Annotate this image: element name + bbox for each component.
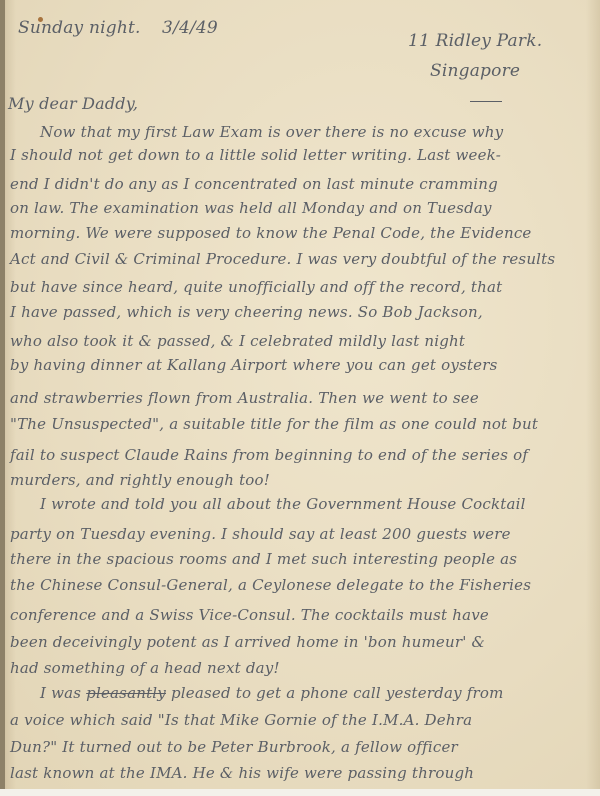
paper-left-edge — [0, 0, 5, 790]
letter-line: I wrote and told you all about the Gover… — [40, 497, 526, 512]
letter-day: Sunday night. — [18, 20, 141, 37]
letter-line: had something of a head next day! — [10, 661, 280, 676]
letter-line: Now that my first Law Exam is over there… — [40, 125, 503, 140]
letter-date: 3/4/49 — [162, 20, 218, 37]
letter-line: a voice which said "Is that Mike Gornie … — [10, 713, 472, 728]
letter-line: end I didn't do any as I concentrated on… — [10, 177, 498, 192]
letter-line: by having dinner at Kallang Airport wher… — [10, 358, 498, 373]
salutation: My dear Daddy, — [8, 96, 138, 112]
line-rest: pleased to get a phone call yesterday fr… — [166, 684, 504, 702]
address-underline — [470, 101, 502, 102]
struck-word: pleasantly — [86, 684, 166, 702]
letter-line: the Chinese Consul-General, a Ceylonese … — [10, 578, 531, 593]
letter-line: I have passed, which is very cheering ne… — [10, 305, 483, 320]
letter-line: on law. The examination was held all Mon… — [10, 201, 492, 216]
address-line-1: 11 Ridley Park. — [408, 33, 542, 50]
letter-line: been deceivingly potent as I arrived hom… — [10, 635, 485, 650]
letter-line: morning. We were supposed to know the Pe… — [10, 226, 532, 241]
letter-line: I was pleasantly pleased to get a phone … — [40, 686, 504, 701]
letter-line: conference and a Swiss Vice-Consul. The … — [10, 608, 489, 623]
line-prefix: I was — [40, 684, 86, 702]
address-line-2: Singapore — [430, 63, 520, 80]
letter-line: Dun?" It turned out to be Peter Burbrook… — [10, 740, 458, 755]
letter-line: murders, and rightly enough too! — [10, 473, 270, 488]
letter-line: fail to suspect Claude Rains from beginn… — [10, 448, 528, 463]
letter-line: there in the spacious rooms and I met su… — [10, 552, 517, 567]
letter-line: last known at the IMA. He & his wife wer… — [10, 766, 474, 781]
letter-line: who also took it & passed, & I celebrate… — [10, 334, 465, 349]
letter-line: "The Unsuspected", a suitable title for … — [10, 417, 538, 432]
letter-line: but have since heard, quite unofficially… — [10, 280, 502, 295]
letter-line: I should not get down to a little solid … — [10, 148, 501, 163]
letter-line: and strawberries flown from Australia. T… — [10, 391, 479, 406]
scan-bottom-margin — [0, 789, 600, 796]
letter-line: Act and Civil & Criminal Procedure. I wa… — [10, 252, 555, 267]
letter-page: Sunday night. 3/4/49 11 Ridley Park. Sin… — [0, 0, 600, 790]
letter-line: party on Tuesday evening. I should say a… — [10, 527, 511, 542]
